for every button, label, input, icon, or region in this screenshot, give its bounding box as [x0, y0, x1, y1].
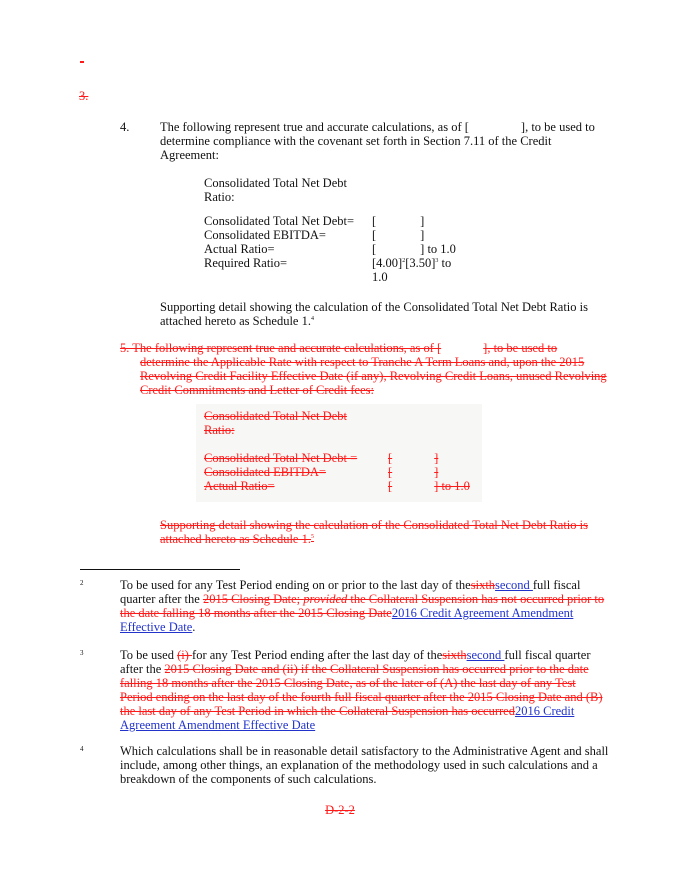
item-4-supporting-detail: Supporting detail showing the calculatio… — [160, 300, 620, 328]
item-5-calc-title: Consolidated Total Net Debt Ratio: — [204, 409, 404, 437]
value-field[interactable]: [] — [372, 214, 424, 228]
calc-row-total-net-debt: Consolidated Total Net Debt= [] — [204, 214, 504, 228]
footnote-ref-5[interactable]: 5 — [311, 534, 314, 540]
footnote-3-number: 3 — [80, 646, 84, 660]
item-4-paragraph: The following represent true and accurat… — [160, 120, 600, 162]
item-4-number: 4. — [120, 120, 129, 134]
item-4-calc-title: Consolidated Total Net Debt Ratio: — [204, 176, 404, 204]
deleted-calc-row-total-net-debt: Consolidated Total Net Debt = [] — [204, 451, 504, 465]
item-5-deleted-paragraph: 5. The following represent true and accu… — [120, 341, 610, 397]
item-5-deleted-supporting-detail: Supporting detail showing the calculatio… — [160, 518, 620, 546]
required-ratio-value: [4.00]2[3.50]3 to 1.0 — [372, 256, 451, 284]
calc-row-required-ratio: Required Ratio= [4.00]2[3.50]3 to 1.0 — [204, 256, 504, 284]
footnote-separator — [80, 569, 240, 570]
calc-row-ebitda: Consolidated EBITDA= [] — [204, 228, 504, 242]
deleted-mark-dash — [80, 61, 84, 63]
footnote-4-number: 4 — [80, 742, 84, 756]
page-number-deleted: D-2-2 — [0, 803, 680, 817]
footnote-3-text: To be used (i) for any Test Period endin… — [120, 648, 610, 732]
value-field[interactable]: [] to 1.0 — [372, 242, 456, 256]
value-field[interactable]: [] — [372, 228, 424, 242]
footnote-4-text: Which calculations shall be in reasonabl… — [120, 744, 610, 786]
footnote-2-number: 2 — [80, 576, 84, 590]
footnote-ref-4[interactable]: 4 — [311, 316, 314, 322]
deleted-calc-row-ebitda: Consolidated EBITDA= [] — [204, 465, 504, 479]
footnote-2-text: To be used for any Test Period ending on… — [120, 578, 610, 634]
deleted-item-number: 3. — [79, 89, 88, 103]
deleted-calc-row-actual-ratio: Actual Ratio= [] to 1.0 — [204, 479, 504, 493]
calc-row-actual-ratio: Actual Ratio= [] to 1.0 — [204, 242, 504, 256]
